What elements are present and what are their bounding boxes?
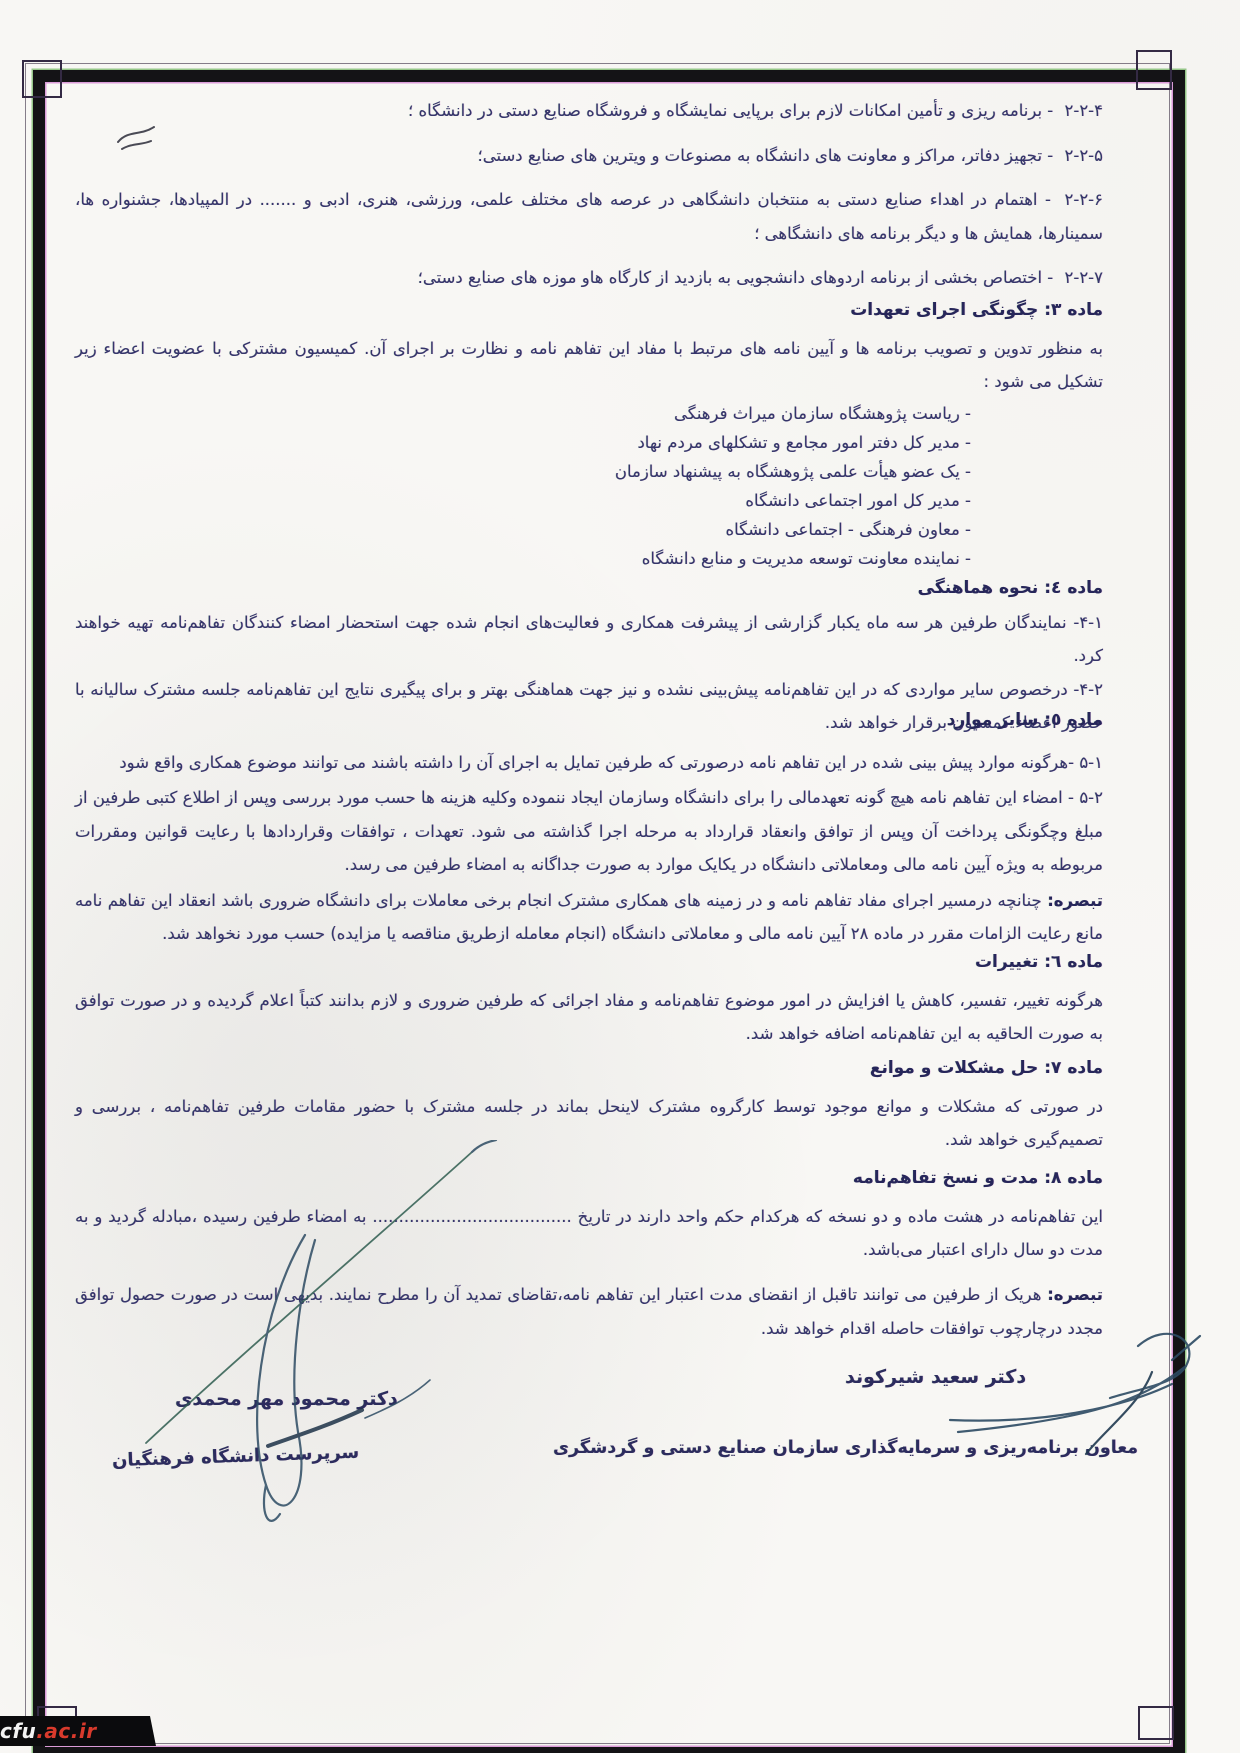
frame-corner-top-left xyxy=(22,60,62,98)
clause-text: - برنامه ریزی و تأمین امکانات لازم برای … xyxy=(408,101,1053,120)
watermark-brand: cfu xyxy=(0,1719,36,1743)
clause-5-2: ۵-۲ - امضاء این تفاهم نامه هیچ گونه تعهد… xyxy=(75,781,1103,882)
note-text: هریک از طرفین می توانند تاقبل از انقضای … xyxy=(75,1285,1103,1338)
clause-number: ۲-۲-۴ xyxy=(1065,94,1104,128)
signatory-left-name: دکتر محمود مهر محمدی xyxy=(175,1388,398,1410)
note-label: تبصره: xyxy=(1047,1285,1103,1304)
article-5-heading: ماده ٥: سایر موارد xyxy=(75,704,1103,738)
clause-number: ۲-۲-۵ xyxy=(1065,139,1104,173)
site-watermark: cfu.ac.ir xyxy=(0,1716,156,1746)
signatory-right-name: دکتر سعید شیرکوند xyxy=(845,1366,1026,1388)
frame-corner-top-right xyxy=(1136,50,1172,90)
clause-2-2-4: ۲-۲-۴ - برنامه ریزی و تأمین امکانات لازم… xyxy=(75,94,1103,128)
commission-members-list: - ریاست پژوهشگاه سازمان میراث فرهنگی - م… xyxy=(75,399,1103,573)
article-3-intro: به منظور تدوین و تصویب برنامه ها و آیین … xyxy=(75,332,1103,399)
section-final-note: تبصره: هریک از طرفین می توانند تاقبل از … xyxy=(75,1278,1103,1345)
list-item: - یک عضو هیأت علمی پژوهشگاه به پیشنهاد س… xyxy=(75,457,971,486)
article-6-body: هرگونه تغییر، تفسیر، کاهش یا افزایش در ا… xyxy=(75,984,1103,1051)
list-item: - مدیر کل دفتر امور مجامع و تشکلهای مردم… xyxy=(75,428,971,457)
frame-corner-bottom-right xyxy=(1138,1706,1174,1740)
article-3-heading: ماده ٣: چگونگی اجرای تعهدات xyxy=(75,294,1103,328)
note-label: تبصره: xyxy=(1047,891,1103,910)
clause-number: ۴-۲ xyxy=(1079,673,1103,707)
signatory-right-title: معاون برنامه‌ریزی و سرمایه‌گذاری سازمان … xyxy=(553,1438,1138,1458)
clause-number: ۴-۱ xyxy=(1079,606,1103,640)
clause-text: - امضاء این تفاهم نامه هیچ گونه تعهدمالی… xyxy=(75,788,1103,874)
clause-5-1: ۵-۱ -هرگونه موارد پیش بینی شده در این تف… xyxy=(75,746,1103,780)
article-7-body: در صورتی که مشکلات و موانع موجود توسط کا… xyxy=(75,1090,1103,1157)
section-article-8: ماده ٨: مدت و نسخ تفاهم‌نامه این تفاهم‌ن… xyxy=(75,1162,1103,1267)
clause-text: - اختصاص بخشی از برنامه اردوهای دانشجویی… xyxy=(418,268,1054,287)
watermark-suffix: .ac.ir xyxy=(36,1719,96,1743)
note-text: چنانچه درمسیر اجرای مفاد تفاهم نامه و در… xyxy=(75,891,1103,944)
clause-2-2-6: ۲-۲-۶ - اهتمام در اهداء صنایع دستی به من… xyxy=(75,183,1103,250)
clause-2-2-5: ۲-۲-۵ - تجهیز دفاتر، مراکز و معاونت های … xyxy=(75,139,1103,173)
clause-text: - اهتمام در اهداء صنایع دستی به منتخبان … xyxy=(75,190,1103,243)
clause-text: - نمایندگان طرفین هر سه ماه یکبار گزارشی… xyxy=(75,613,1103,666)
list-item: - معاون فرهنگی - اجتماعی دانشگاه xyxy=(75,515,971,544)
list-item: - ریاست پژوهشگاه سازمان میراث فرهنگی xyxy=(75,399,971,428)
article-6-heading: ماده ٦: تغییرات xyxy=(75,946,1103,980)
article-4-heading: ماده ٤: نحوه هماهنگی xyxy=(75,572,1103,606)
clause-number: ۵-۱ xyxy=(1079,746,1103,780)
article-5-note: تبصره: چنانچه درمسیر اجرای مفاد تفاهم نا… xyxy=(75,884,1103,951)
list-item: - نماینده معاونت توسعه مدیریت و منابع دا… xyxy=(75,544,971,573)
clause-text: -هرگونه موارد پیش بینی شده در این تفاهم … xyxy=(119,753,1074,772)
signatory-left-title: سرپرست دانشگاه فرهنگیان xyxy=(112,1442,360,1472)
clause-2-2-7: ۲-۲-۷ - اختصاص بخشی از برنامه اردوهای دا… xyxy=(75,261,1103,295)
section-article-6: ماده ٦: تغییرات هرگونه تغییر، تفسیر، کاه… xyxy=(75,946,1103,1051)
clause-number: ۲-۲-۷ xyxy=(1065,261,1104,295)
article-7-heading: ماده ٧: حل مشکلات و موانع xyxy=(75,1052,1103,1086)
clause-4-1: ۴-۱- نمایندگان طرفین هر سه ماه یکبار گزا… xyxy=(75,606,1103,673)
clause-number: ۲-۲-۶ xyxy=(1065,183,1104,217)
section-article-5: ماده ٥: سایر موارد ۵-۱ -هرگونه موارد پیش… xyxy=(75,704,1103,951)
list-item: - مدیر کل امور اجتماعی دانشگاه xyxy=(75,486,971,515)
section-article-7: ماده ٧: حل مشکلات و موانع در صورتی که مش… xyxy=(75,1052,1103,1157)
clause-text: - تجهیز دفاتر، مراکز و معاونت های دانشگا… xyxy=(477,146,1053,165)
article-8-heading: ماده ٨: مدت و نسخ تفاهم‌نامه xyxy=(75,1162,1103,1196)
section-clauses-2-2: ۲-۲-۴ - برنامه ریزی و تأمین امکانات لازم… xyxy=(75,94,1103,306)
section-article-3: ماده ٣: چگونگی اجرای تعهدات به منظور تدو… xyxy=(75,294,1103,573)
clause-number: ۵-۲ xyxy=(1079,781,1103,815)
article-8-body: این تفاهم‌نامه در هشت ماده و دو نسخه که … xyxy=(75,1200,1103,1267)
final-note: تبصره: هریک از طرفین می توانند تاقبل از … xyxy=(75,1278,1103,1345)
scanned-mou-document: ۲-۲-۴ - برنامه ریزی و تأمین امکانات لازم… xyxy=(0,0,1240,1753)
